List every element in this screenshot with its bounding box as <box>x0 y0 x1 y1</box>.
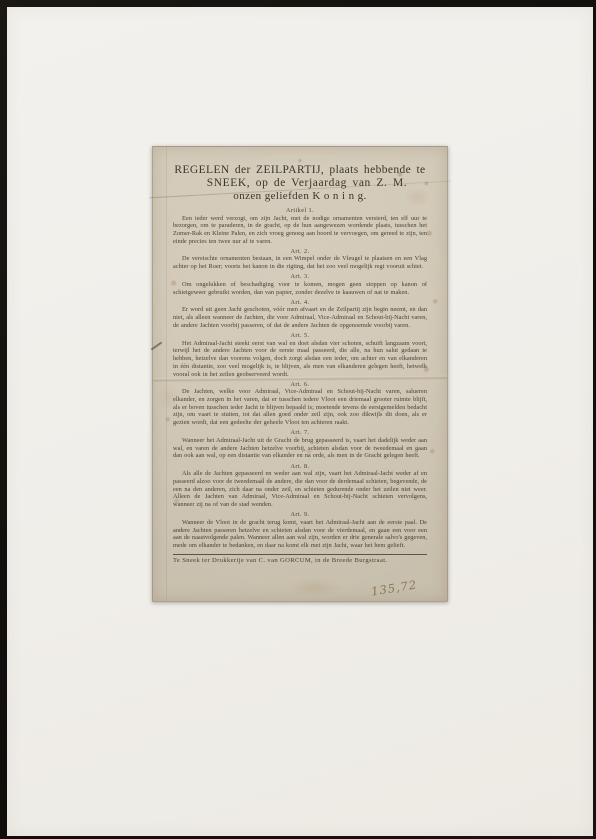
article-heading: Art. 6. <box>173 381 427 388</box>
article-text: Wanneer de Vloot in de gracht terug komt… <box>173 519 427 550</box>
handwritten-inventory-number: 135,72 <box>370 577 418 598</box>
article: Art. 8. Als alle de Jachten gepasseerd e… <box>173 463 427 509</box>
article-heading: Art. 7. <box>173 429 427 436</box>
article: Artikel 1. Een ieder werd verzogt, om zi… <box>173 207 427 245</box>
document-paper: REGELEN der ZEILPARTIJ, plaats hebbende … <box>152 146 448 602</box>
title-line-1: REGELEN der ZEILPARTIJ, plaats hebbende … <box>173 164 427 177</box>
article-text: Er word uit geen Jacht geschoten, vóór m… <box>173 306 427 329</box>
article-text: Om ongelukken of beschadiging voor te ko… <box>173 281 427 296</box>
mat-board: REGELEN der ZEILPARTIJ, plaats hebbende … <box>7 7 593 836</box>
fold-crease-vertical <box>166 147 167 601</box>
article: Art. 7. Wanneer het Admiraal-Jacht uit d… <box>173 429 427 460</box>
article-heading: Art. 3. <box>173 273 427 280</box>
article-heading: Artikel 1. <box>173 207 427 214</box>
article-heading: Art. 4. <box>173 299 427 306</box>
article-text: Wanneer het Admiraal-Jacht uit de Gracht… <box>173 437 427 460</box>
article: Art. 3. Om ongelukken of beschadiging vo… <box>173 273 427 296</box>
article: Art. 5. Het Admiraal-Jacht steekt eerst … <box>173 332 427 378</box>
article-text: De Jachten, welke voor Admiraal, Vice-Ad… <box>173 388 427 427</box>
pencil-edge-mark <box>151 341 163 350</box>
article-heading: Art. 5. <box>173 332 427 339</box>
article: Art. 4. Er word uit geen Jacht geschoten… <box>173 299 427 330</box>
article: Art. 2. De vereischte ornamenten bestaan… <box>173 248 427 271</box>
printer-imprint: Te Sneek ter Drukkerije van C. van GORCU… <box>173 554 427 565</box>
document-title: REGELEN der ZEILPARTIJ, plaats hebbende … <box>173 164 427 203</box>
article-heading: Art. 9. <box>173 511 427 518</box>
title-line-2: SNEEK, op de Verjaardag van Z. M. <box>173 177 427 190</box>
article-heading: Art. 8. <box>173 463 427 470</box>
article-text: Het Admiraal-Jacht steekt eerst van wal … <box>173 340 427 379</box>
article-heading: Art. 2. <box>173 248 427 255</box>
article: Art. 9. Wanneer de Vloot in de gracht te… <box>173 511 427 549</box>
article-text: Als alle de Jachten gepasseerd en weder … <box>173 470 427 509</box>
article: Art. 6. De Jachten, welke voor Admiraal,… <box>173 381 427 427</box>
article-text: Een ieder werd verzogt, om zijn Jacht, m… <box>173 215 427 246</box>
article-text: De vereischte ornamenten bestaan, in een… <box>173 255 427 270</box>
title-line-3: onzen geliefden K o n i n g. <box>173 190 427 203</box>
articles-list: Artikel 1. Een ieder werd verzogt, om zi… <box>173 207 427 550</box>
